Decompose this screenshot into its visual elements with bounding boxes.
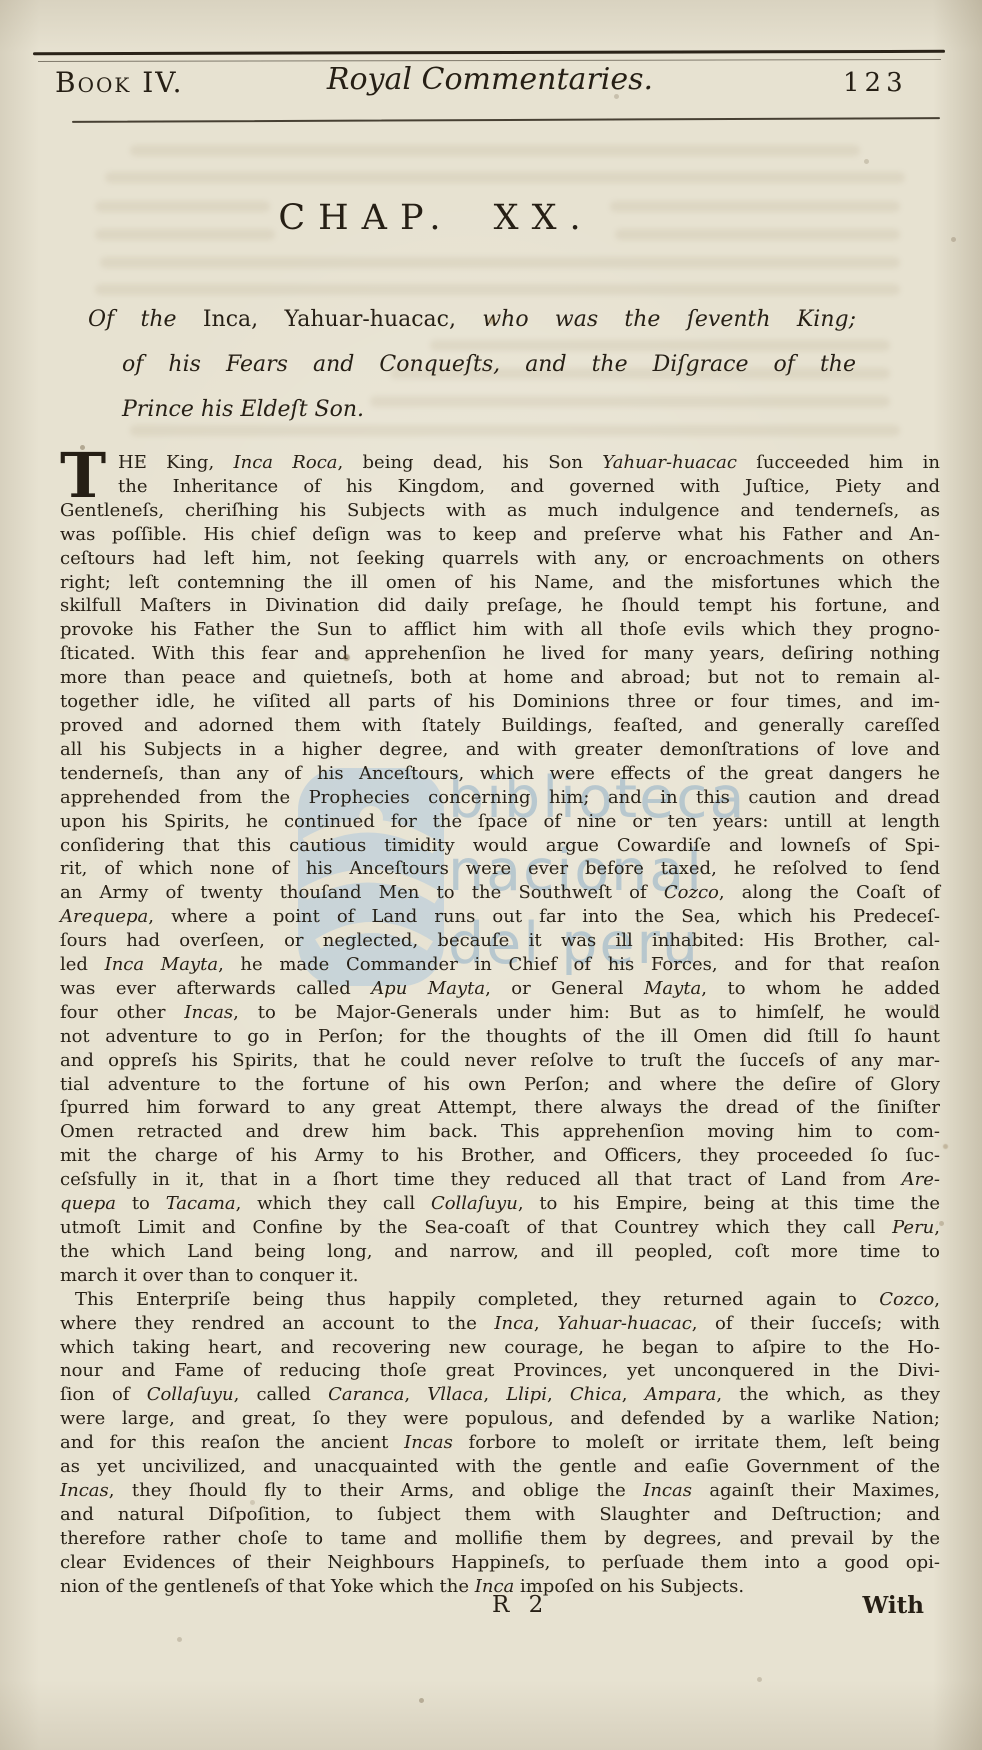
text-line: right; leſt contemning the ill omen of h… — [60, 571, 940, 595]
text-line: Arequepa, where a point of Land runs out… — [60, 905, 940, 929]
text-line: ſpurred him forward to any great Attempt… — [60, 1096, 940, 1120]
text-line: ceſtours had left him, not ſeeking quarr… — [60, 547, 940, 571]
text-line: all his Subjects in a higher degree, and… — [60, 738, 940, 762]
text-line: quepa to Tacama, which they call Collaſu… — [60, 1192, 940, 1216]
paragraph: This Enterpriſe being thus happily compl… — [60, 1288, 940, 1599]
running-header-title: Royal Commentaries. — [290, 62, 690, 97]
emphasis-text: Chica — [570, 1384, 622, 1405]
text-line: ſticated. With this fear and apprehenſio… — [60, 642, 940, 666]
text-line: Gentleneſs, cheriſhing his Subjects with… — [60, 499, 940, 523]
show-through-smudge — [105, 172, 905, 183]
text-line: This Enterpriſe being thus happily compl… — [60, 1288, 940, 1312]
text-line: Of the Inca, Yahuar-huacac, who was the … — [88, 297, 856, 342]
text-line: led Inca Mayta, he made Commander in Chi… — [60, 953, 940, 977]
text-line: and natural Diſpoſition, to ſubject them… — [60, 1503, 940, 1527]
emphasis-text: Inca, Yahuar-huacac, — [203, 307, 456, 332]
emphasis-text: Collaſuyu — [431, 1193, 518, 1214]
text-line: Incas, they ſhould fly to their Arms, an… — [60, 1479, 940, 1503]
emphasis-text: Caranca — [328, 1384, 404, 1405]
emphasis-text: Ampara — [645, 1384, 717, 1405]
text-line: were large, and great, ſo they were popu… — [60, 1407, 940, 1431]
text-line: tial adventure to the fortune of his own… — [60, 1073, 940, 1097]
emphasis-text: Vllaca — [427, 1384, 483, 1405]
page-number: 123 — [843, 68, 908, 98]
text-line: of his Fears and Conqueſts, and the Diſg… — [88, 342, 856, 387]
emphasis-text: Incas — [184, 1002, 233, 1023]
signature-mark: R 2 — [492, 1592, 549, 1619]
text-line: the which Land being long, and narrow, a… — [60, 1240, 940, 1264]
emphasis-text: Incas — [404, 1432, 453, 1453]
emphasis-text: Yahuar-huacac — [602, 452, 737, 473]
paragraph: T HE King, Inca Roca, being dead, his So… — [60, 451, 940, 1288]
text-line: Prince his Eldeſt Son. — [88, 387, 856, 432]
emphasis-text: Inca — [494, 1313, 534, 1334]
paper-specks — [0, 0, 5, 5]
text-line: provoke his Father the Sun to afflict hi… — [60, 618, 940, 642]
header-rule-top-thick — [33, 50, 945, 55]
emphasis-text: Inca Roca — [233, 452, 337, 473]
text-line: the Inheritance of his Kingdom, and gove… — [60, 475, 940, 499]
text-line: ſours had overſeen, or neglected, becauſ… — [60, 929, 940, 953]
text-line: not adventure to go in Perſon; for the t… — [60, 1025, 940, 1049]
text-line: tenderneſs, than any of his Anceſtours, … — [60, 762, 940, 786]
text-line: which taking heart, and recovering new c… — [60, 1336, 940, 1360]
show-through-smudge — [130, 145, 860, 156]
text-line: therefore rather choſe to tame and molli… — [60, 1527, 940, 1551]
text-line: nour and Fame of reducing thoſe great Pr… — [60, 1359, 940, 1383]
text-line: was ever afterwards called Apu Mayta, or… — [60, 977, 940, 1001]
emphasis-text: Llipi — [506, 1384, 547, 1405]
emphasis-text: Mayta — [644, 978, 701, 999]
show-through-smudge — [100, 257, 900, 268]
text-line: four other Incas, to be Major-Generals u… — [60, 1001, 940, 1025]
text-line: skilfull Maſters in Divination did daily… — [60, 594, 940, 618]
footer-line: R 2 With — [60, 1592, 940, 1619]
book-page: biblioteca nacional del peru Book IV. Ro… — [0, 0, 982, 1750]
drop-cap: T — [60, 453, 110, 498]
text-line: where they rendred an account to the Inc… — [60, 1312, 940, 1336]
text-line: an Army of twenty thouſand Men to the So… — [60, 881, 940, 905]
text-line: conſidering that this cautious timidity … — [60, 834, 940, 858]
show-through-smudge — [95, 284, 900, 295]
text-line: was poſſible. His chief deſign was to ke… — [60, 523, 940, 547]
emphasis-text: Tacama — [166, 1193, 236, 1214]
text-line: mit the charge of his Army to his Brothe… — [60, 1144, 940, 1168]
text-line: Omen retracted and drew him back. This a… — [60, 1120, 940, 1144]
emphasis-text: Are- — [902, 1169, 940, 1190]
emphasis-text: Incas — [60, 1480, 109, 1501]
running-header-book: Book IV. — [55, 66, 184, 99]
emphasis-text: Cozco — [879, 1289, 934, 1310]
header-rule-bottom — [72, 117, 940, 123]
text-line: ſion of Collaſuyu, called Caranca, Vllac… — [60, 1383, 940, 1407]
text-line: together idle, he viſited all parts of h… — [60, 690, 940, 714]
text-line: as yet uncivilized, and unacquainted wit… — [60, 1455, 940, 1479]
emphasis-text: Inca Mayta — [105, 954, 218, 975]
catchword: With — [862, 1592, 924, 1619]
text-line: rit, of which none of his Anceſtours wer… — [60, 857, 940, 881]
emphasis-text: Apu Mayta — [371, 978, 485, 999]
emphasis-text: Yahuar-huacac — [557, 1313, 692, 1334]
text-line: proved and adorned them with ſtately Bui… — [60, 714, 940, 738]
text-line: and for this reaſon the ancient Incas fo… — [60, 1431, 940, 1455]
text-line: more than peace and quietneſs, both at h… — [60, 666, 940, 690]
text-line: and oppreſs his Spirits, that he could n… — [60, 1049, 940, 1073]
text-line: clear Evidences of their Neighbours Happ… — [60, 1551, 940, 1575]
emphasis-text: Cozco — [664, 882, 719, 903]
emphasis-text: Peru — [892, 1217, 934, 1238]
emphasis-text: Arequepa — [60, 906, 148, 927]
emphasis-text: Collaſuyu — [147, 1384, 234, 1405]
text-line: march it over than to conquer it. — [60, 1264, 940, 1288]
text-line: ceſsfully in it, that in a ſhort time th… — [60, 1168, 940, 1192]
text-line: apprehended from the Prophecies concerni… — [60, 786, 940, 810]
body-text: T HE King, Inca Roca, being dead, his So… — [60, 451, 940, 1599]
emphasis-text: quepa — [60, 1193, 116, 1214]
emphasis-text: Incas — [643, 1480, 692, 1501]
text-line: utmoſt Limit and Confine by the Sea-coaſ… — [60, 1216, 940, 1240]
text-line: HE King, Inca Roca, being dead, his Son … — [60, 451, 940, 475]
chapter-heading: CHAP. XX. — [0, 198, 872, 238]
text-line: upon his Spirits, he continued for the ſ… — [60, 810, 940, 834]
chapter-argument: Of the Inca, Yahuar-huacac, who was the … — [88, 297, 856, 432]
